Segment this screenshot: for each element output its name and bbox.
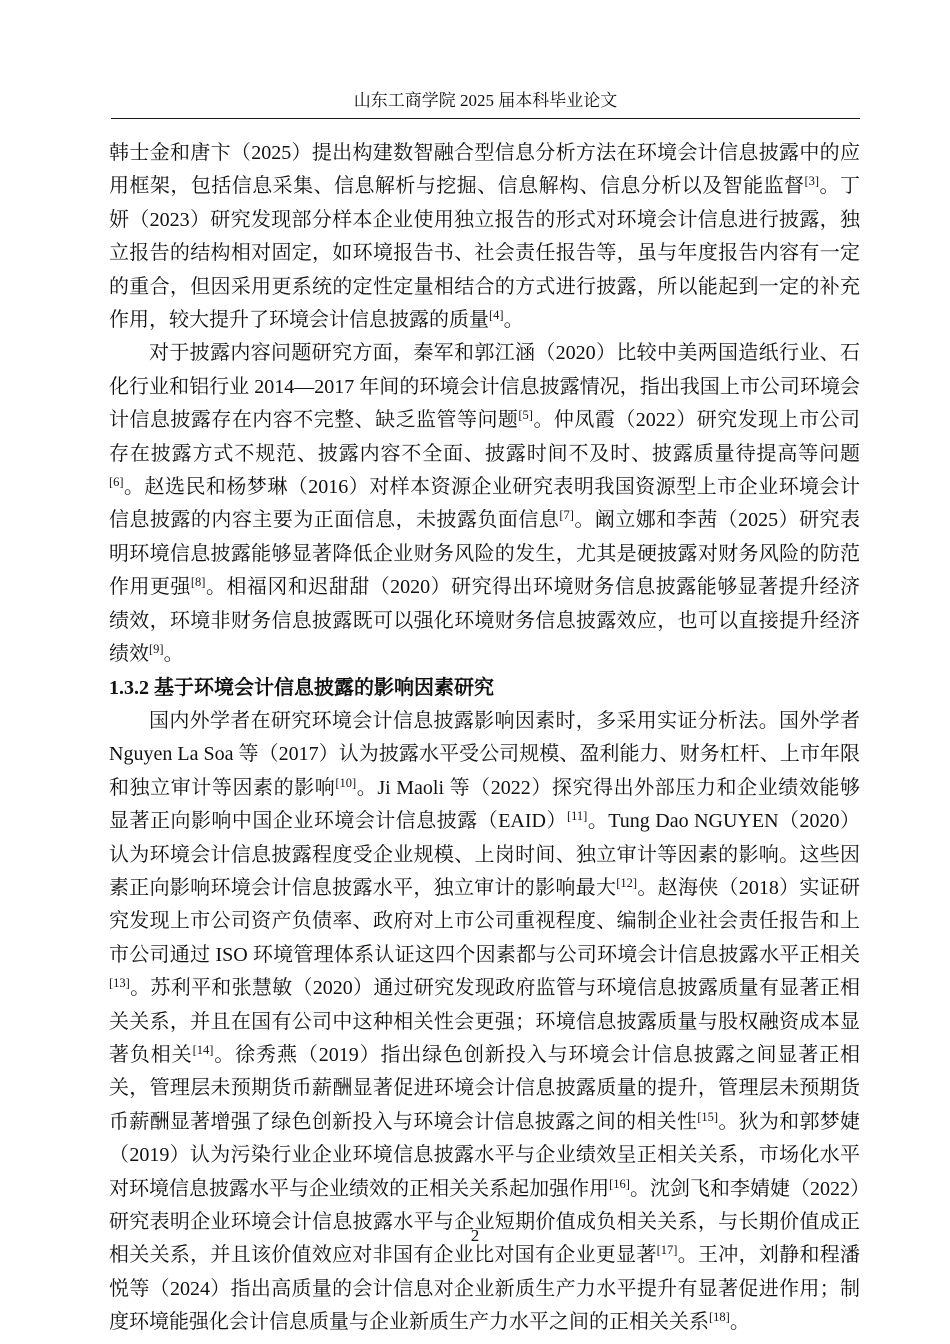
- header-rule: [111, 118, 860, 119]
- paragraph-text: 。丁妍（2023）研究发现部分样本企业使用独立报告的形式对环境会计信息进行披露，…: [109, 175, 860, 331]
- paragraph-text: 。: [504, 309, 524, 331]
- citation-ref: [14]: [193, 1043, 214, 1057]
- citation-ref: [15]: [697, 1110, 718, 1124]
- header-title: 山东工商学院 2025 届本科毕业论文: [354, 91, 618, 110]
- citation-ref: [3]: [805, 174, 820, 188]
- citation-ref: [7]: [559, 508, 574, 522]
- citation-ref: [13]: [109, 976, 130, 990]
- citation-ref: [8]: [191, 575, 206, 589]
- document-page: 山东工商学院 2025 届本科毕业论文 韩士金和唐卞（2025）提出构建数智融合…: [0, 0, 950, 1344]
- document-body: 韩士金和唐卞（2025）提出构建数智融合型信息分析方法在环境会计信息披露中的应用…: [109, 137, 860, 1340]
- body-paragraph: 韩士金和唐卞（2025）提出构建数智融合型信息分析方法在环境会计信息披露中的应用…: [109, 137, 860, 337]
- paragraph-text: 。相福冈和迟甜甜（2020）研究得出环境财务信息披露能够显著提升经济绩效，环境非…: [109, 576, 860, 665]
- page-number: 2: [471, 1226, 480, 1245]
- section-heading: 1.3.2 基于环境会计信息披露的影响因素研究: [109, 672, 860, 705]
- paragraph-text: 韩士金和唐卞（2025）提出构建数智融合型信息分析方法在环境会计信息披露中的应用…: [109, 142, 860, 197]
- citation-ref: [9]: [149, 642, 164, 656]
- paragraph-text: 。: [730, 1311, 750, 1333]
- paragraph-text: 。: [164, 643, 184, 665]
- citation-ref: [12]: [616, 876, 637, 890]
- citation-ref: [5]: [518, 408, 533, 422]
- citation-ref: [18]: [709, 1310, 730, 1324]
- body-paragraph: 对于披露内容问题研究方面，秦军和郭江涵（2020）比较中美两国造纸行业、石化行业…: [109, 337, 860, 671]
- citation-ref: [4]: [489, 308, 504, 322]
- citation-ref: [16]: [609, 1177, 630, 1191]
- citation-ref: [10]: [335, 776, 356, 790]
- page-footer: 2: [0, 1225, 950, 1247]
- page-header: 山东工商学院 2025 届本科毕业论文: [111, 90, 860, 112]
- citation-ref: [11]: [567, 809, 587, 823]
- citation-ref: [6]: [109, 475, 124, 489]
